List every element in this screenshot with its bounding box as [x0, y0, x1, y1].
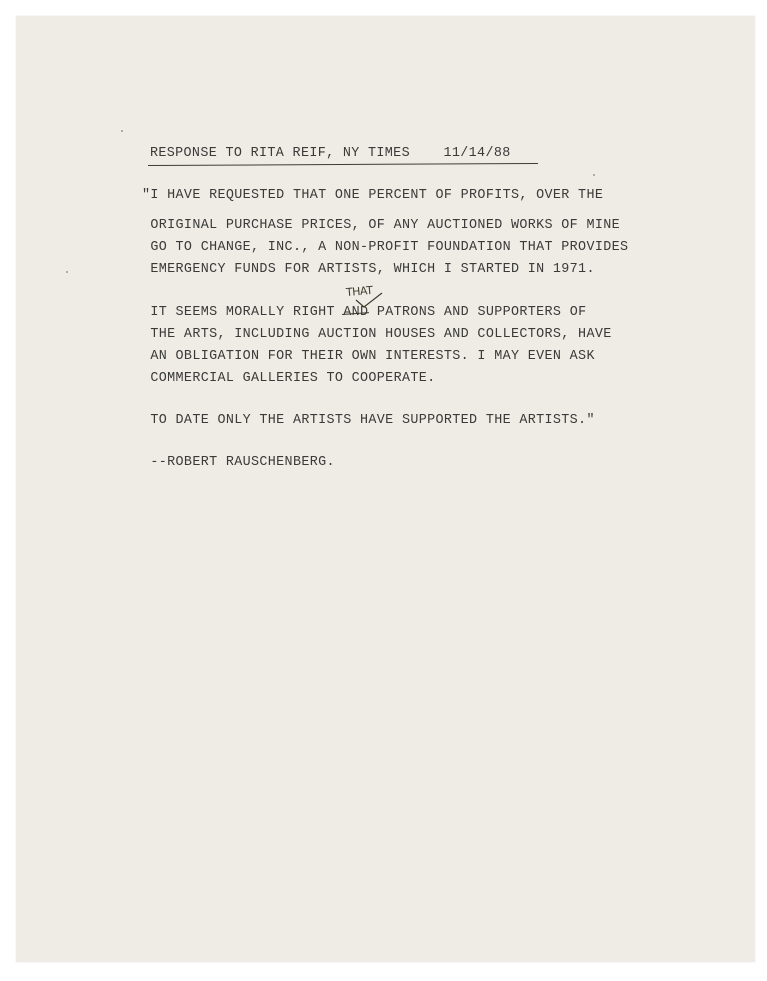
paragraph-3-line-1: TO DATE ONLY THE ARTISTS HAVE SUPPORTED …	[142, 413, 595, 428]
paper-speck	[593, 174, 595, 176]
paragraph-1-line-4: EMERGENCY FUNDS FOR ARTISTS, WHICH I STA…	[142, 262, 595, 277]
insertion-caret-icon	[352, 292, 388, 310]
paper-speck	[66, 271, 68, 273]
heading-title: RESPONSE TO RITA REIF, NY TIMES	[150, 146, 410, 161]
signature: --ROBERT RAUSCHENBERG.	[142, 455, 335, 470]
paragraph-2-line-2: THE ARTS, INCLUDING AUCTION HOUSES AND C…	[142, 327, 612, 342]
heading-date: 11/14/88	[444, 146, 511, 161]
paragraph-2-line-4: COMMERCIAL GALLERIES TO COOPERATE.	[142, 371, 436, 386]
document-heading: RESPONSE TO RITA REIF, NY TIMES 11/14/88	[150, 146, 511, 161]
paper-speck	[121, 130, 123, 132]
paragraph-1-line-3: GO TO CHANGE, INC., A NON-PROFIT FOUNDAT…	[142, 240, 628, 255]
paragraph-1-line-2: ORIGINAL PURCHASE PRICES, OF ANY AUCTION…	[142, 218, 620, 233]
paragraph-2-line-3: AN OBLIGATION FOR THEIR OWN INTERESTS. I…	[142, 349, 595, 364]
paragraph-1-line-1: "I HAVE REQUESTED THAT ONE PERCENT OF PR…	[142, 188, 603, 203]
